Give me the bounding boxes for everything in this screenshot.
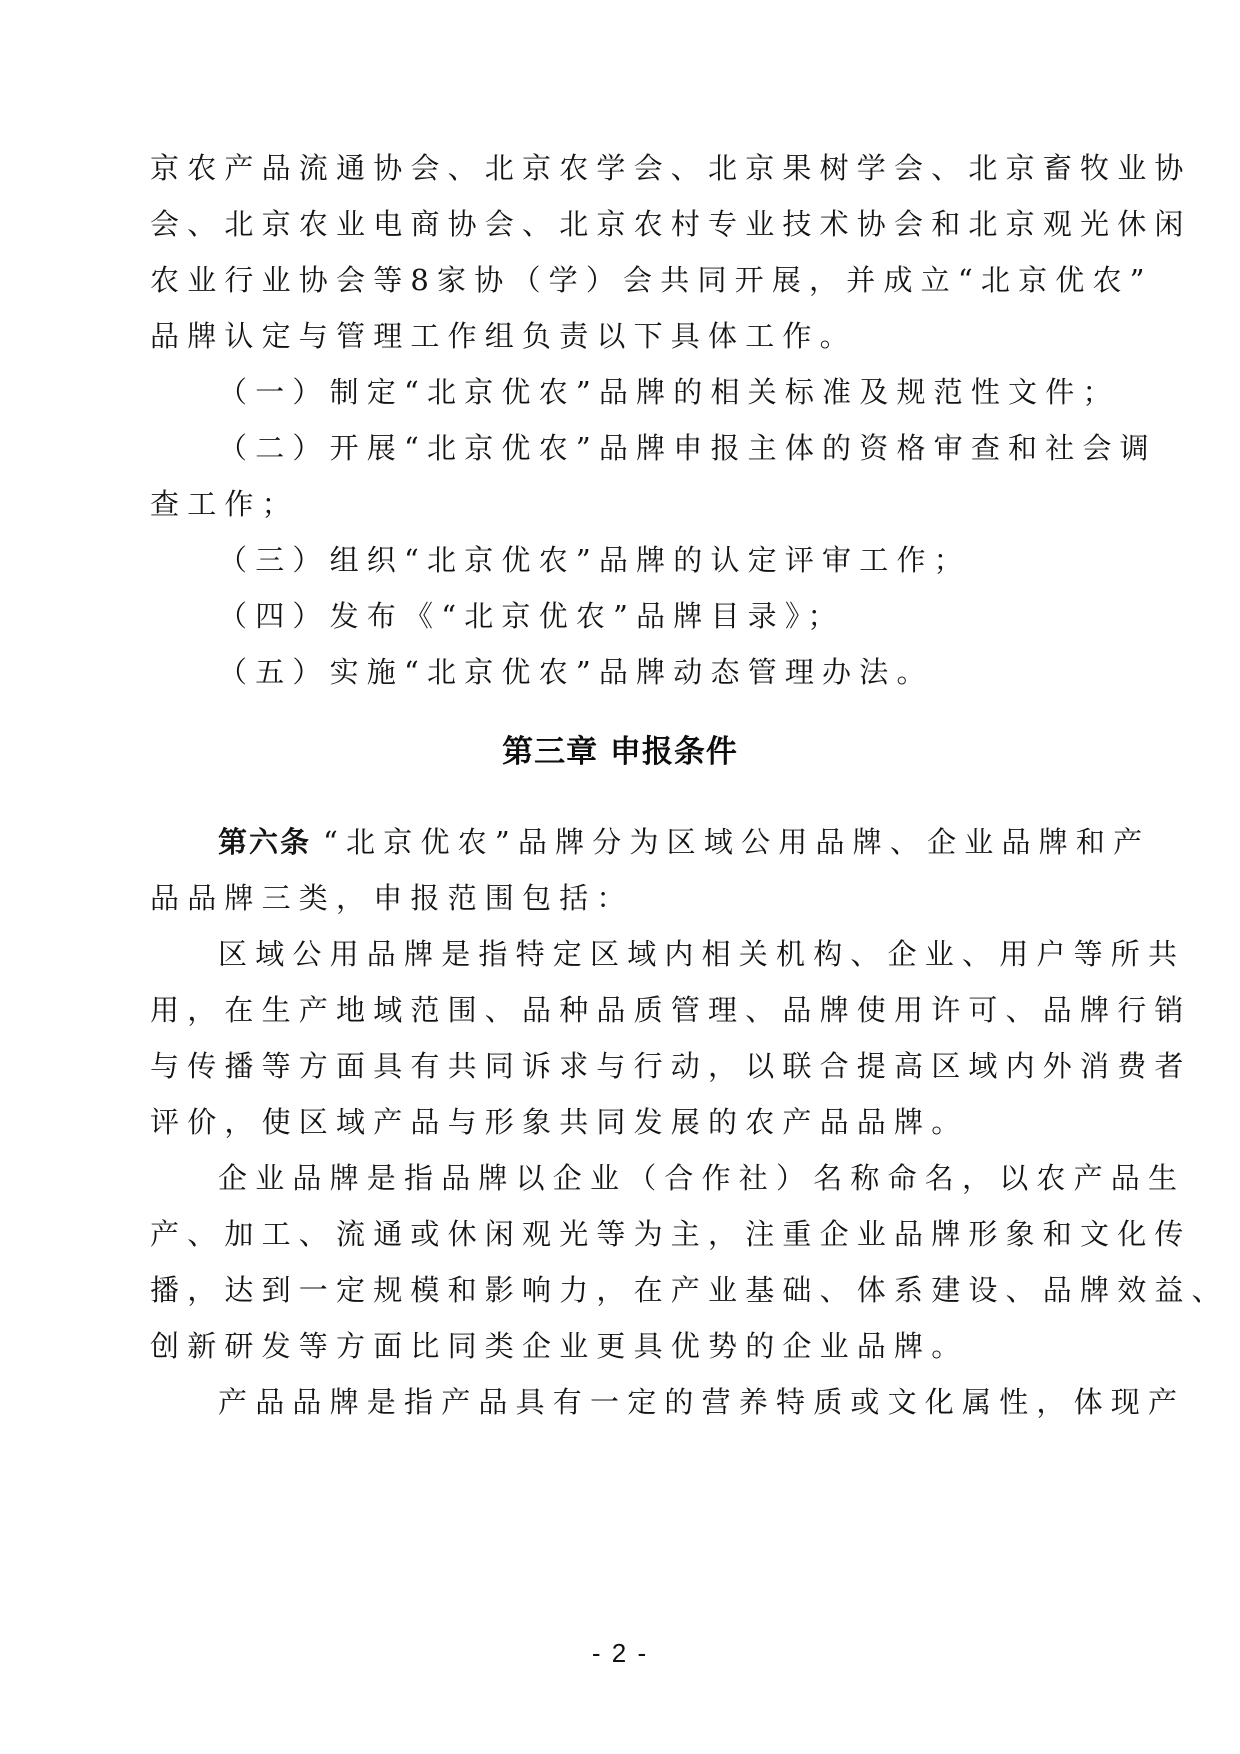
body-text-line: 会、北京农业电商协会、北京农村专业技术协会和北京观光休闲 — [150, 204, 1090, 244]
body-text-line: 农业行业协会等8家协（学）会共同开展，并成立“北京优农” — [150, 260, 1090, 300]
body-text-line: 京农产品流通协会、北京农学会、北京果树学会、北京畜牧业协 — [150, 148, 1090, 188]
list-item: （四）发布《“北京优农”品牌目录》； — [218, 596, 1090, 636]
article-first-line: 第六条“北京优农”品牌分为区域公用品牌、企业品牌和产 — [218, 822, 1090, 862]
list-item: （三）组织“北京优农”品牌的认定评审工作； — [218, 540, 1090, 580]
body-text-line: 创新研发等方面比同类企业更具优势的企业品牌。 — [150, 1326, 1090, 1366]
list-item: （二）开展“北京优农”品牌申报主体的资格审查和社会调 — [218, 428, 1090, 468]
body-text-line: 与传播等方面具有共同诉求与行动，以联合提高区域内外消费者 — [150, 1046, 1090, 1086]
article-label: 第六条 — [218, 825, 311, 859]
body-text-line: 播，达到一定规模和影响力，在产业基础、体系建设、品牌效益、 — [150, 1270, 1090, 1310]
list-item: （五）实施“北京优农”品牌动态管理办法。 — [218, 652, 1090, 692]
chapter-heading: 第三章 申报条件 — [0, 732, 1240, 772]
list-item-continuation: 查工作； — [150, 484, 1090, 524]
body-text-line: 产品品牌是指产品具有一定的营养特质或文化属性，体现产 — [218, 1382, 1090, 1422]
list-item: （一）制定“北京优农”品牌的相关标准及规范性文件； — [218, 372, 1090, 412]
page-number: - 2 - — [0, 1638, 1240, 1668]
body-text-line: 评价，使区域产品与形象共同发展的农产品品牌。 — [150, 1102, 1090, 1142]
body-text-line: 产、加工、流通或休闲观光等为主，注重企业品牌形象和文化传 — [150, 1214, 1090, 1254]
body-text-line: 区域公用品牌是指特定区域内相关机构、企业、用户等所共 — [218, 934, 1090, 974]
document-page: 京农产品流通协会、北京农学会、北京果树学会、北京畜牧业协 会、北京农业电商协会、… — [0, 0, 1240, 1754]
body-text-line: 品牌认定与管理工作组负责以下具体工作。 — [150, 316, 1090, 356]
body-text-line: 用，在生产地域范围、品种品质管理、品牌使用许可、品牌行销 — [150, 990, 1090, 1030]
body-text-line: 企业品牌是指品牌以企业（合作社）名称命名，以农产品生 — [218, 1158, 1090, 1198]
article-text: “北京优农”品牌分为区域公用品牌、企业品牌和产 — [323, 825, 1150, 859]
body-text-line: 品品牌三类，申报范围包括： — [150, 878, 1090, 918]
